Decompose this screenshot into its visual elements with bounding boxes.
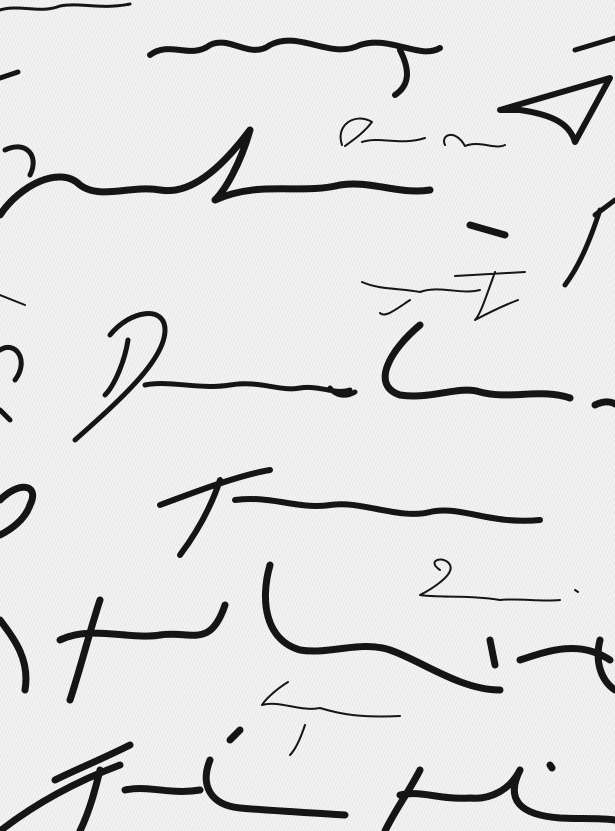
script-word-large-3 — [160, 470, 540, 555]
script-word-large-4 — [0, 565, 615, 700]
script-word-large-2 — [385, 325, 615, 405]
script-word-large-1 — [0, 130, 505, 235]
calligraphy-artwork — [0, 0, 615, 831]
script-fragment-top-left — [0, 4, 130, 10]
script-word-top — [150, 41, 440, 95]
triangle-shape — [500, 78, 610, 142]
